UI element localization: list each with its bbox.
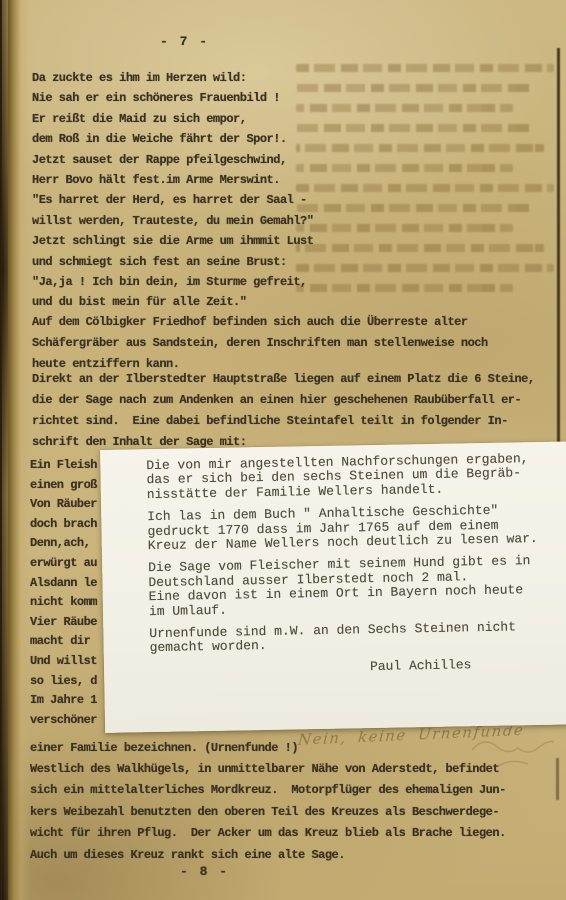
text-line: Auch um dieses Kreuz rankt sich eine alt… bbox=[30, 845, 506, 866]
book-binding-shadow bbox=[0, 0, 30, 900]
bleedthrough-line bbox=[296, 284, 513, 292]
text-line: Direkt an der Ilberstedter Hauptstraße l… bbox=[32, 369, 535, 390]
text-line: doch brach bbox=[30, 515, 97, 535]
overlay-note-paper: Die von mir angestellten Nachforschungen… bbox=[100, 441, 566, 733]
note-paragraphs: Die von mir angestellten Nachforschungen… bbox=[146, 451, 566, 655]
text-line: "Es harret der Herd, es harret der Saal … bbox=[32, 190, 313, 210]
text-line: kers Weibezahl benutzten den oberen Teil… bbox=[30, 802, 506, 823]
text-line: und du bist mein für alle Zeit." bbox=[32, 292, 313, 312]
text-line: willst werden, Trauteste, du mein Gemahl… bbox=[32, 211, 313, 231]
text-line: Auf dem Cölbigker Friedhof befinden sich… bbox=[32, 312, 488, 333]
text-line: Schäfergräber aus Sandstein, deren Insch… bbox=[32, 333, 488, 354]
text-line: so lies, d bbox=[30, 672, 97, 692]
text-line: Herr Bovo hält fest.im Arme Merswint. bbox=[32, 170, 313, 190]
bleedthrough-line bbox=[296, 244, 544, 252]
text-line: Und willst bbox=[30, 652, 97, 672]
text-line: erwürgt au bbox=[30, 554, 97, 574]
paragraph-coelbigker: Auf dem Cölbigker Friedhof befinden sich… bbox=[32, 312, 488, 375]
note-paragraph: Ich las in dem Buch " Anhaltische Geschi… bbox=[147, 503, 566, 554]
text-line: Jetzt schlingt sie die Arme um ihmmit Lu… bbox=[32, 231, 313, 251]
bleedthrough-text bbox=[296, 64, 554, 304]
bleedthrough-line bbox=[296, 224, 513, 232]
note-paragraph: Urnenfunde sind m.W. an den Sechs Steine… bbox=[149, 619, 566, 656]
text-line: Westlich des Walkhügels, in unmittelbare… bbox=[30, 759, 506, 780]
bleedthrough-line bbox=[296, 104, 513, 112]
text-line: Von Räuber bbox=[30, 495, 97, 515]
poem-block: Da zuckte es ihm im Herzen wild:Nie sah … bbox=[32, 68, 313, 313]
text-column-behind-note: Ein Fleisheinen großVon Räuberdoch brach… bbox=[30, 456, 97, 730]
text-line: macht dir bbox=[30, 632, 97, 652]
page-number-bottom: - 8 - bbox=[180, 864, 229, 879]
text-line: "Ja,ja ! Ich bin dein, im Sturme gefreit… bbox=[32, 272, 313, 292]
bleedthrough-line bbox=[296, 84, 533, 92]
bleedthrough-line bbox=[296, 144, 544, 152]
note-paragraph: Die von mir angestellten Nachforschungen… bbox=[146, 451, 566, 502]
text-line: Ein Fleish bbox=[30, 456, 97, 476]
note-text: Die von mir angestellten Nachforschungen… bbox=[146, 451, 566, 678]
scanned-document-page: - 7 - Da zuckte es ihm im Herzen wild:Ni… bbox=[0, 0, 566, 900]
text-line: richtet sind. Eine dabei befindliche Ste… bbox=[32, 411, 535, 432]
text-line: wicht für ihren Pflug. Der Acker um das … bbox=[30, 823, 506, 844]
text-line: die der Sage nach zum Andenken an einen … bbox=[32, 390, 535, 411]
paragraph-mordkreuz: Westlich des Walkhügels, in unmittelbare… bbox=[30, 759, 506, 866]
paragraph-ilberstedt: Direkt an der Ilberstedter Hauptstraße l… bbox=[32, 369, 535, 453]
bleedthrough-line bbox=[296, 124, 533, 132]
text-line: Vier Räube bbox=[30, 613, 97, 633]
bleedthrough-line bbox=[296, 204, 533, 212]
text-line: Da zuckte es ihm im Herzen wild: bbox=[32, 68, 313, 88]
text-line: sich ein mittelalterliches Mordkreuz. Mo… bbox=[30, 780, 506, 801]
text-line: und schmiegt sich fest an seine Brust: bbox=[32, 252, 313, 272]
text-line: einen groß bbox=[30, 476, 97, 496]
urnenfunde-line: einer Familie bezeichnen. (Urnenfunde !) bbox=[30, 738, 298, 759]
bleedthrough-line bbox=[296, 64, 554, 72]
note-signature: Paul Achilles bbox=[370, 656, 566, 674]
text-line: dem Roß in die Weiche fährt der Spor!. bbox=[32, 129, 313, 149]
text-line: verschöner bbox=[30, 711, 97, 731]
text-line: nicht komm bbox=[30, 593, 97, 613]
text-line: Er reißt die Maid zu sich empor, bbox=[32, 109, 313, 129]
text-line: Denn,ach, bbox=[30, 534, 97, 554]
bleedthrough-line bbox=[296, 184, 554, 192]
text-line: Alsdann le bbox=[30, 574, 97, 594]
bleedthrough-line bbox=[296, 164, 513, 172]
page-number-top: - 7 - bbox=[160, 34, 209, 49]
bleedthrough-line bbox=[296, 264, 554, 272]
page-edge-line bbox=[557, 48, 560, 445]
text-line: Im Jahre 1 bbox=[30, 691, 97, 711]
text-line: Nie sah er ein schöneres Frauenbild ! bbox=[32, 88, 313, 108]
note-paragraph: Die Sage vom Fleischer mit seinem Hund g… bbox=[148, 554, 566, 619]
text-line: Jetzt sauset der Rappe pfeilgeschwind, bbox=[32, 150, 313, 170]
